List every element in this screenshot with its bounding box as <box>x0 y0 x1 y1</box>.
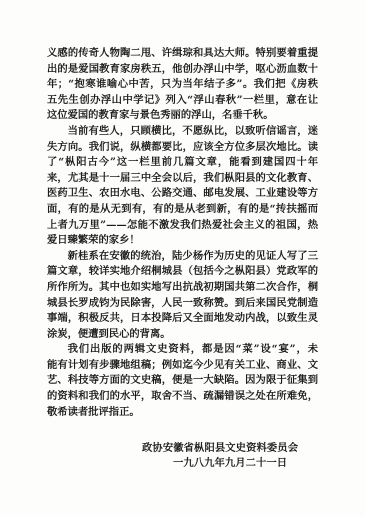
text-line: 年；“抱寒谁喻心中苦，只为当年结子多”。我们把《房秩 <box>47 77 318 93</box>
text-line: 五先生创办浮山中学记》列入“浮山春秋”一栏里，意在让 <box>47 93 318 109</box>
text-line: 艺、科技等方面的文史稿，便是一大缺陷。因为限于征集到 <box>47 373 318 389</box>
text-line: 面，有的是从无到有，有的是从老到新，有的是“抟扶摇而 <box>47 202 318 218</box>
signature-organization: 政协安徽省枞阳县文史资料委员会 <box>142 441 298 456</box>
text-line: 当前有些人，只顾横比，不愿纵比，以致听信谣言，迷 <box>47 124 318 140</box>
text-line: 出的是爱国教育家房秩五，他创办浮山中学，呕心沥血数十 <box>47 62 318 78</box>
text-line: 城县长罗成钧为民除害，人民一致称赞。到后来国民党制造 <box>47 296 318 312</box>
paragraph: 我们出版的两辑文史资料，都是因“菜”设“宴”，未 能有计划有步骤地组稿；例如迄今… <box>47 342 318 420</box>
paragraph: 新桂系在安徽的统治，陆少杨作为历史的见证人写了三 篇文章，较详实地介绍桐城县（包… <box>47 249 318 343</box>
text-line: 敬希读者批评指正。 <box>47 405 318 421</box>
text-line: 篇文章，较详实地介绍桐城县（包括今之枞阳县）党政军的 <box>47 264 318 280</box>
text-line: 新桂系在安徽的统治，陆少杨作为历史的见证人写了三 <box>47 249 318 265</box>
text-line: 来，尤其是十一届三中全会以后，我们枞阳县的文化教育、 <box>47 171 318 187</box>
text-line: 我们出版的两辑文史资料，都是因“菜”设“宴”，未 <box>47 342 318 358</box>
text-line: 能有计划有步骤地组稿；例如迄今少见有关工业、商业、文 <box>47 358 318 374</box>
text-line: 这位爱国的教育家与景色秀丽的浮山，名垂千秋。 <box>47 108 318 124</box>
text-line: 失方向。我们说，纵横都要比，应该全方位多层次地比。读 <box>47 140 318 156</box>
body-text: 义感的传奇人物陶二甩、许缉琮和具达大师。特别要着重提 出的是爱国教育家房秩五，他… <box>47 46 318 420</box>
text-line: 事端，积极反共，日本投降后又全面地发动内战，以致生灵 <box>47 311 318 327</box>
text-line: 了“枞阳古今”这一栏里前几篇文章，能看到建国四十年 <box>47 155 318 171</box>
text-line: 所作所为。其中也如实地写出抗战初期国共第二次合作，桐 <box>47 280 318 296</box>
text-line: 上者九万里”——怎能不激发我们热爱社会主义的祖国，热 <box>47 218 318 234</box>
paragraph: 义感的传奇人物陶二甩、许缉琮和具达大师。特别要着重提 出的是爱国教育家房秩五，他… <box>47 46 318 124</box>
text-line: 涂炭，便遭到民心的背离。 <box>47 327 318 343</box>
text-line: 义感的传奇人物陶二甩、许缉琮和具达大师。特别要着重提 <box>47 46 318 62</box>
text-line: 医药卫生、农田水电、公路交通、邮电发展、工业建设等方 <box>47 186 318 202</box>
text-line: 的资料和我们的水平，取舍不当、疏漏错误之处在所难免， <box>47 389 318 405</box>
text-line: 爱日臻繁荣的家乡！ <box>47 233 318 249</box>
scanned-page: 义感的传奇人物陶二甩、许缉琮和具达大师。特别要着重提 出的是爱国教育家房秩五，他… <box>0 0 365 517</box>
paragraph: 当前有些人，只顾横比，不愿纵比，以致听信谣言，迷 失方向。我们说，纵横都要比，应… <box>47 124 318 249</box>
signature-date: 一九八九年九月二十一日 <box>173 456 287 471</box>
